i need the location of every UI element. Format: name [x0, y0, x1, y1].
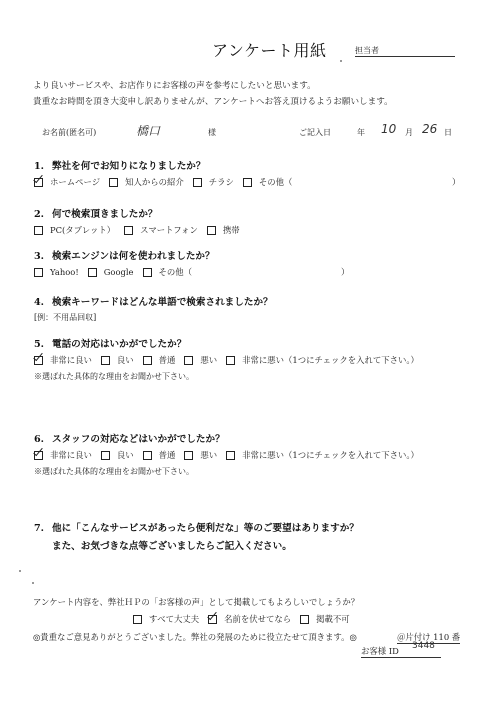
- day-value[interactable]: 26: [422, 122, 437, 136]
- checkbox[interactable]: [101, 356, 110, 365]
- option-anonymous[interactable]: 名前を伏せてなら: [208, 613, 291, 625]
- option-flyer[interactable]: チラシ: [193, 176, 234, 188]
- option-pc-tablet[interactable]: PC(タブレット）: [34, 224, 115, 236]
- checkbox[interactable]: [88, 268, 97, 277]
- question-6: 6.スタッフの対応などはいかがでしたか？: [34, 431, 225, 445]
- checkbox[interactable]: [143, 451, 152, 460]
- publish-options: すべて大丈夫 名前を伏せてなら 掲載不可: [133, 613, 359, 625]
- question-4-example: [例：不用品回収]: [34, 312, 96, 323]
- checkbox[interactable]: [143, 356, 152, 365]
- question-5-options: 非常に良い 良い 普通 悪い 非常に悪い（1つにチェックを入れて下さい。）: [34, 354, 428, 366]
- checkbox[interactable]: [300, 615, 309, 624]
- checkbox[interactable]: [243, 178, 252, 187]
- staff-label: 担当者: [355, 46, 379, 55]
- checkbox[interactable]: [184, 356, 193, 365]
- question-6-note: ※選ばれた具体的な理由をお聞かせ下さい。: [34, 466, 194, 477]
- option-good[interactable]: 良い: [101, 449, 134, 461]
- question-3-options: Yahoo! Google その他（: [34, 266, 201, 278]
- option-very-bad[interactable]: 非常に悪い（1つにチェックを入れて下さい。）: [226, 354, 419, 366]
- checkbox[interactable]: [124, 226, 133, 235]
- option-homepage[interactable]: ホームページ: [34, 176, 100, 188]
- question-5: 5.電話の対応はいかがでしたか？: [34, 336, 186, 350]
- option-other[interactable]: その他（: [243, 176, 293, 188]
- question-1: 1.弊社を何でお知りになりましたか？: [34, 158, 206, 172]
- page-title: アンケート用紙: [212, 38, 327, 61]
- checkbox-checked[interactable]: [208, 615, 217, 624]
- year-label: 年: [357, 127, 365, 138]
- option-bad[interactable]: 悪い: [184, 449, 217, 461]
- checkbox[interactable]: [34, 226, 43, 235]
- option-google[interactable]: Google: [88, 267, 134, 277]
- checkbox-checked[interactable]: [34, 178, 43, 187]
- question-1-options: ホームページ 知人からの紹介 チラシ その他（: [34, 176, 301, 188]
- checkbox[interactable]: [193, 178, 202, 187]
- question-6-options: 非常に良い 良い 普通 悪い 非常に悪い（1つにチェックを入れて下さい。）: [34, 449, 428, 461]
- checkbox[interactable]: [184, 451, 193, 460]
- intro-line-2: 貴重なお時間を頂き大変申し訳ありませんが、アンケートへお答え頂けるようお願いしま…: [33, 95, 393, 107]
- option-average[interactable]: 普通: [143, 354, 176, 366]
- option-good[interactable]: 良い: [101, 354, 134, 366]
- question-2: 2.何で検索頂きましたか？: [34, 206, 158, 220]
- question-7: 7.他に「こんなサービスがあったら便利だな」等のご要望はありますか？: [34, 520, 359, 534]
- question-4: 4.検索キーワードはどんな単語で検索されましたか？: [34, 294, 273, 308]
- thanks-message: ◎貴重なご意見ありがとうございました。弊社の発展のために役立たせて頂きます。◎: [33, 631, 357, 643]
- option-very-good[interactable]: 非常に良い: [34, 354, 92, 366]
- checkbox[interactable]: [143, 268, 152, 277]
- option-yahoo[interactable]: Yahoo!: [34, 267, 79, 277]
- checkbox[interactable]: [133, 615, 142, 624]
- publish-question: アンケート内容を、弊社ＨＰの「お客様の声」として掲載してもよろしいでしょうか？: [33, 596, 359, 608]
- question-3: 3.検索エンジンは何を使われましたか？: [34, 248, 215, 262]
- customer-id-value: 3448: [412, 641, 435, 651]
- month-label: 月: [405, 127, 413, 138]
- close-paren: ）: [341, 266, 349, 278]
- option-very-good[interactable]: 非常に良い: [34, 449, 92, 461]
- checkbox[interactable]: [34, 268, 43, 277]
- option-mobile[interactable]: 携帯: [207, 224, 240, 236]
- option-all-ok[interactable]: すべて大丈夫: [133, 613, 199, 625]
- option-other[interactable]: その他（: [143, 266, 193, 278]
- option-very-bad[interactable]: 非常に悪い（1つにチェックを入れて下さい。）: [226, 449, 419, 461]
- close-paren: ）: [452, 176, 460, 188]
- checkbox-checked[interactable]: [34, 451, 43, 460]
- question-7-line-2: また、お気づきな点等ございましたらご記入ください。: [52, 538, 292, 552]
- option-smartphone[interactable]: スマートフォン: [124, 224, 198, 236]
- checkbox-checked[interactable]: [34, 356, 43, 365]
- question-2-options: PC(タブレット） スマートフォン 携帯: [34, 224, 249, 236]
- month-value[interactable]: 10: [381, 122, 396, 136]
- checkbox[interactable]: [226, 356, 235, 365]
- date-label: ご記入日: [299, 127, 331, 138]
- customer-id-label: お客様 ID: [361, 646, 399, 656]
- staff-field[interactable]: 担当者: [355, 45, 455, 57]
- checkbox[interactable]: [109, 178, 118, 187]
- name-value[interactable]: 橋口: [136, 122, 160, 139]
- question-5-note: ※選ばれた具体的な理由をお聞かせ下さい。: [34, 371, 194, 382]
- option-referral[interactable]: 知人からの紹介: [109, 176, 184, 188]
- option-average[interactable]: 普通: [143, 449, 176, 461]
- checkbox[interactable]: [207, 226, 216, 235]
- checkbox[interactable]: [226, 451, 235, 460]
- intro-line-1: より良いサービスや、お店作りにお客様の声を参考にしたいと思います。: [33, 79, 316, 91]
- option-bad[interactable]: 悪い: [184, 354, 217, 366]
- checkbox[interactable]: [101, 451, 110, 460]
- name-label: お名前(匿名可): [42, 127, 96, 138]
- honorific: 様: [208, 127, 216, 138]
- option-not-allowed[interactable]: 掲載不可: [300, 613, 350, 625]
- day-label: 日: [444, 127, 452, 138]
